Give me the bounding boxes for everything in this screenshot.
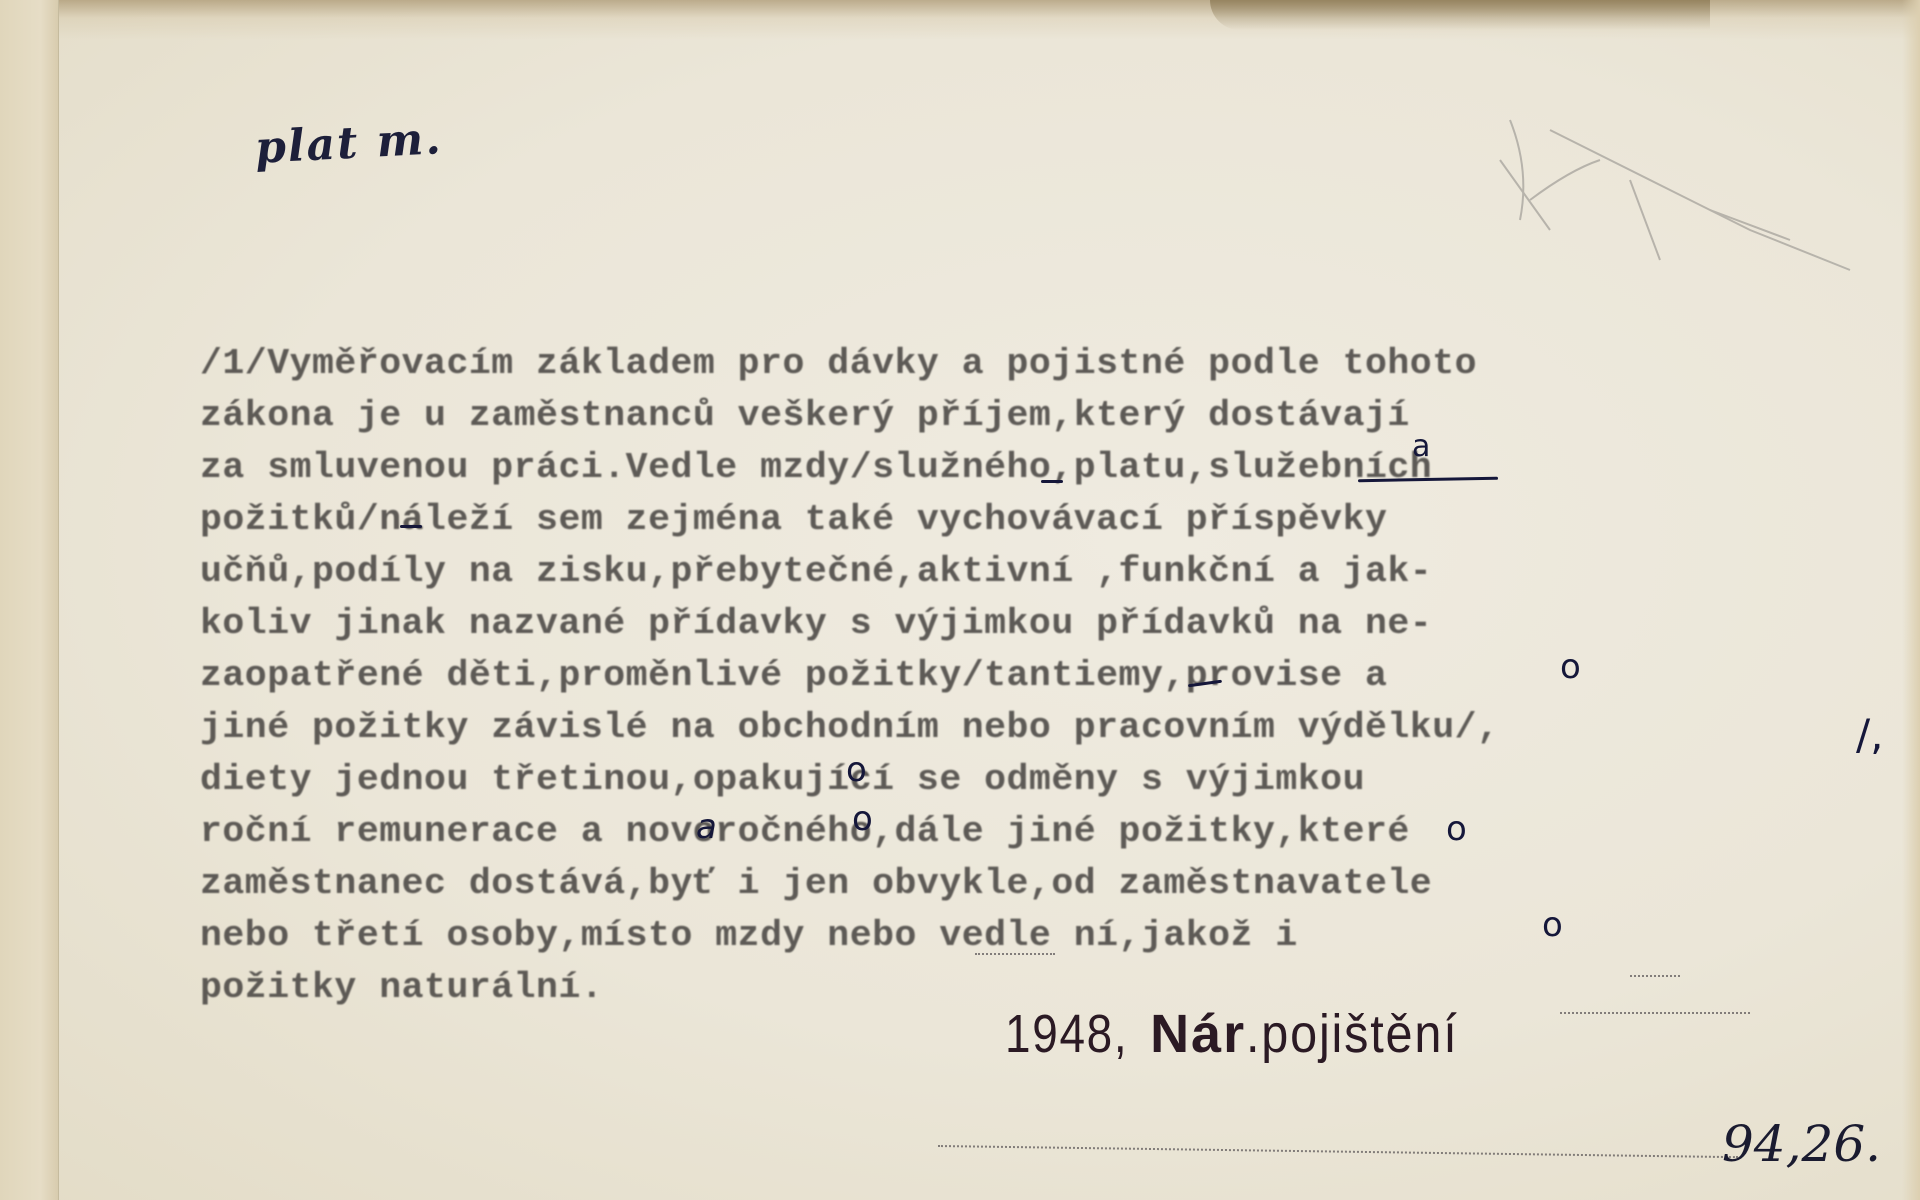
- archive-stamp: 1948,Nár.pojištění: [1005, 1003, 1482, 1065]
- right-margin-strip: [1902, 0, 1920, 1200]
- pen-correction-mark: a: [696, 810, 717, 844]
- handwritten-heading: plat m.: [254, 113, 444, 174]
- typed-line: za smluvenou práci.Vedle mzdy/služného,p…: [200, 442, 1900, 494]
- top-edge-shadow: [1210, 0, 1710, 30]
- pen-underline-mzdy: [1041, 480, 1063, 483]
- typed-line: zaopatřené děti,proměnlivé požitky/tanti…: [200, 650, 1900, 702]
- typed-line: roční remunerace a novoročného,dále jiné…: [200, 806, 1900, 858]
- pen-underline-pozitku: [400, 525, 422, 528]
- dotted-rule: [938, 1145, 1738, 1158]
- typed-line: učňů,podíly na zisku,přebytečné,aktivní …: [200, 546, 1900, 598]
- typed-line: požitků/náleží sem zejména také vychováv…: [200, 494, 1900, 546]
- pen-correction-mark: o: [1542, 908, 1563, 942]
- typed-line: jiné požitky závislé na obchodním nebo p…: [200, 702, 1900, 754]
- typed-paragraph: /1/Vyměřovacím základem pro dávky a poji…: [200, 338, 1900, 1014]
- typed-line: diety jednou třetinou,opakující se odměn…: [200, 754, 1900, 806]
- dotted-rule: [975, 953, 1055, 955]
- scanned-document-page: plat m. /1/Vyměřovacím základem pro dávk…: [0, 0, 1920, 1200]
- pen-correction-mark: o: [846, 753, 867, 787]
- pen-correction-mark: o: [1560, 650, 1581, 684]
- stamp-subject: .pojištění: [1246, 1003, 1459, 1065]
- pencil-scribble-mark: [1490, 110, 1870, 280]
- dotted-rule: [1630, 975, 1680, 977]
- typed-line: zaměstnanec dostává,byť i jen obvykle,od…: [200, 858, 1900, 910]
- dotted-rule: [1560, 1012, 1750, 1014]
- typed-line: zákona je u zaměstnanců veškerý příjem,k…: [200, 390, 1900, 442]
- pen-correction-mark: a: [1412, 432, 1430, 462]
- pen-correction-mark: o: [852, 802, 873, 836]
- typed-line: /1/Vyměřovacím základem pro dávky a poji…: [200, 338, 1900, 390]
- left-margin-strip: [0, 0, 59, 1200]
- handwritten-page-number: 94,26.: [1722, 1115, 1881, 1173]
- stamp-abbrev: Nár: [1150, 1004, 1246, 1064]
- typed-line: koliv jinak nazvané přídavky s výjimkou …: [200, 598, 1900, 650]
- stamp-year: 1948,: [1005, 1003, 1128, 1065]
- pen-correction-mark: o: [1446, 812, 1467, 846]
- pen-correction-mark: /,: [1856, 714, 1884, 756]
